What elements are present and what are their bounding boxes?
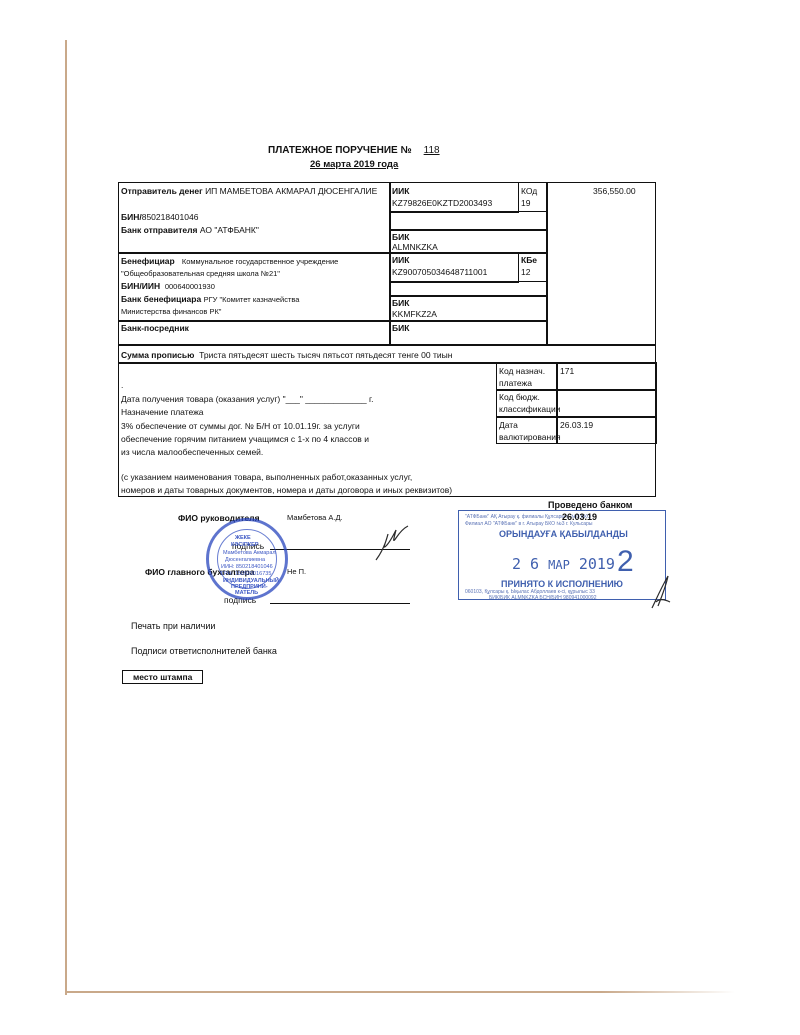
sender-name: ИП МАМБЕТОВА АКМАРАЛ ДЮСЕНГАЛИЕ bbox=[205, 186, 377, 196]
beneficiary-bank-label: Банк бенефициара bbox=[121, 294, 201, 304]
divider bbox=[389, 211, 519, 213]
beneficiary-iik-label: ИИК bbox=[392, 255, 409, 265]
beneficiary-name-line2: "Общеобразовательная средняя школа №21" bbox=[121, 269, 280, 278]
stamp-date: 2 6 МАР 2019 bbox=[512, 555, 615, 573]
stamp-month: МАР bbox=[548, 558, 570, 572]
title-text: ПЛАТЕЖНОЕ ПОРУЧЕНИЕ № bbox=[268, 145, 412, 156]
sender-bin-label: БИН/ bbox=[121, 212, 142, 222]
stamp-place-box: место штампа bbox=[122, 670, 203, 684]
code-purpose-label: Код назнач. bbox=[499, 366, 545, 376]
value-date-label2: валютирования bbox=[499, 432, 561, 442]
beneficiary-label: Бенефициар bbox=[121, 256, 175, 266]
code-purpose-value: 171 bbox=[560, 366, 574, 376]
chief-accountant-name: Не П. bbox=[287, 567, 306, 576]
amount-words-label: Сумма прописью bbox=[121, 350, 194, 360]
seal-text: Мамбетова Акмарал bbox=[223, 550, 276, 556]
beneficiary-bin-label: БИН/ИИН bbox=[121, 281, 160, 291]
seal-text: ИИН: 850218401046 bbox=[221, 564, 273, 570]
sender-bank-row: Банк отправителя АО "АТФБАНК" bbox=[121, 225, 259, 235]
beneficiary-bank-line2: Министерства финансов РК" bbox=[121, 307, 221, 316]
code-budget-label: Код бюдж. bbox=[499, 392, 540, 402]
kbe-label: КБе bbox=[521, 255, 537, 265]
stamp-bik: БИК/БИК ALMNKZKA БСН/БИН 980941000092 bbox=[489, 595, 597, 601]
head-signature-icon bbox=[372, 524, 412, 564]
beneficiary-bin-row: БИН/ИИН 000640001930 bbox=[121, 281, 215, 291]
beneficiary-bank-line1: РГУ "Комитет казначейства bbox=[204, 295, 300, 304]
beneficiary-bik-label: БИК bbox=[392, 298, 409, 308]
purpose-line3: из числа малообеспеченных семей. bbox=[121, 447, 263, 457]
paper-edge-bottom bbox=[65, 991, 735, 993]
document-number: 118 bbox=[424, 145, 440, 156]
purpose-label: Назначение платежа bbox=[121, 407, 204, 417]
sender-bank-label: Банк отправителя bbox=[121, 225, 197, 235]
seal-text: ЖЕКЕ bbox=[235, 535, 251, 541]
sender-bank: АО "АТФБАНК" bbox=[200, 225, 259, 235]
code-budget-label2: классификации bbox=[499, 404, 561, 414]
kod-label: КОд bbox=[521, 186, 537, 196]
receipt-date: Дата получения товара (оказания услуг) "… bbox=[121, 394, 373, 404]
intermediary-label: Банк-посредник bbox=[121, 323, 189, 333]
purpose-line2: обеспечение горячим питанием учащимся с … bbox=[121, 434, 369, 444]
sender-iik-label: ИИК bbox=[392, 186, 409, 196]
beneficiary-bin: 000640001930 bbox=[165, 282, 215, 291]
seal-note: Печать при наличии bbox=[131, 621, 215, 631]
sender-row: Отправитель денег ИП МАМБЕТОВА АКМАРАЛ Д… bbox=[121, 186, 377, 196]
code-purpose-label2: платежа bbox=[499, 378, 532, 388]
divider bbox=[389, 281, 519, 283]
stamp-number: 2 bbox=[617, 545, 634, 579]
divider bbox=[118, 320, 546, 322]
stamp-kz-status: ОРЫНДАУҒА ҚАБЫЛДАНДЫ bbox=[499, 529, 628, 539]
bank-signers: Подписи ответисполнителей банка bbox=[131, 646, 277, 656]
stamp-year: 2019 bbox=[579, 555, 615, 573]
kod-value: 19 bbox=[521, 198, 530, 208]
note-line1: (с указанием наименования товара, выполн… bbox=[121, 472, 412, 482]
company-seal: ЖЕКЕ КӘСІПКЕР Мамбетова Акмарал Дюсенгал… bbox=[206, 518, 288, 600]
sender-bin: 850218401046 bbox=[142, 212, 199, 222]
value-date: 26.03.19 bbox=[560, 420, 593, 430]
divider bbox=[389, 229, 546, 231]
beneficiary-bank-row: Банк бенефициара РГУ "Комитет казначейст… bbox=[121, 294, 299, 304]
purpose-line1: 3% обеспечение от суммы дог. № Б/Н от 10… bbox=[121, 421, 360, 431]
amount-words-row: Сумма прописью Триста пятьдесят шесть ты… bbox=[121, 350, 452, 360]
seal-text: Дюсенгалиевна bbox=[225, 557, 265, 563]
sender-bik-label: БИК bbox=[392, 232, 409, 242]
beneficiary-name-line1: Коммунальное государственное учреждение bbox=[182, 257, 339, 266]
divider bbox=[118, 252, 546, 254]
beneficiary-iik: KZ900705034648711001 bbox=[392, 267, 487, 277]
intermediary-bik-label: БИК bbox=[392, 323, 409, 333]
amount-value: 356,550.00 bbox=[593, 186, 636, 196]
head-name: Мамбетова А.Д. bbox=[287, 513, 343, 522]
bank-processed-date: 26.03.19 bbox=[562, 512, 597, 522]
stamp-day: 2 6 bbox=[512, 555, 539, 573]
sender-label: Отправитель денег bbox=[121, 186, 203, 196]
seal-text: МАТЕЛЬ bbox=[235, 590, 258, 596]
beneficiary-bik: KKMFKZ2A bbox=[392, 309, 437, 319]
divider bbox=[389, 295, 546, 297]
value-date-label: Дата bbox=[499, 420, 518, 430]
document-date: 26 марта 2019 года bbox=[310, 159, 398, 170]
chief-sign-line bbox=[270, 603, 410, 604]
seal-text: ГРН: 150920016735 bbox=[221, 571, 271, 577]
sender-bin-row: БИН/850218401046 bbox=[121, 212, 198, 222]
stamp-ru-status: ПРИНЯТО К ИСПОЛНЕНИЮ bbox=[501, 579, 623, 589]
seal-text: КӘСІПКЕР bbox=[231, 542, 259, 548]
kbe-value: 12 bbox=[521, 267, 530, 277]
details-dot: . bbox=[121, 380, 123, 390]
divider bbox=[496, 389, 656, 391]
bank-acceptance-stamp: "АТФБанк" АҚ Атырау қ. филиалы Құлсары қ… bbox=[458, 510, 666, 600]
beneficiary-row: Бенефициар Коммунальное государственное … bbox=[121, 256, 338, 266]
amount-words-text: Триста пятьдесят шесть тысяч пятьсот пят… bbox=[199, 350, 452, 360]
document-title: ПЛАТЕЖНОЕ ПОРУЧЕНИЕ №118 bbox=[268, 145, 440, 156]
divider bbox=[496, 416, 656, 418]
bank-processed-label: Проведено банком bbox=[548, 500, 632, 510]
sender-bik: ALMNKZKA bbox=[392, 242, 438, 252]
divider bbox=[118, 344, 656, 346]
sender-iik: KZ79826E0KZTD2003493 bbox=[392, 198, 492, 208]
paper-edge-left bbox=[65, 40, 67, 995]
note-line2: номеров и даты товарных документов, номе… bbox=[121, 485, 452, 495]
bank-signature-icon bbox=[648, 572, 676, 612]
